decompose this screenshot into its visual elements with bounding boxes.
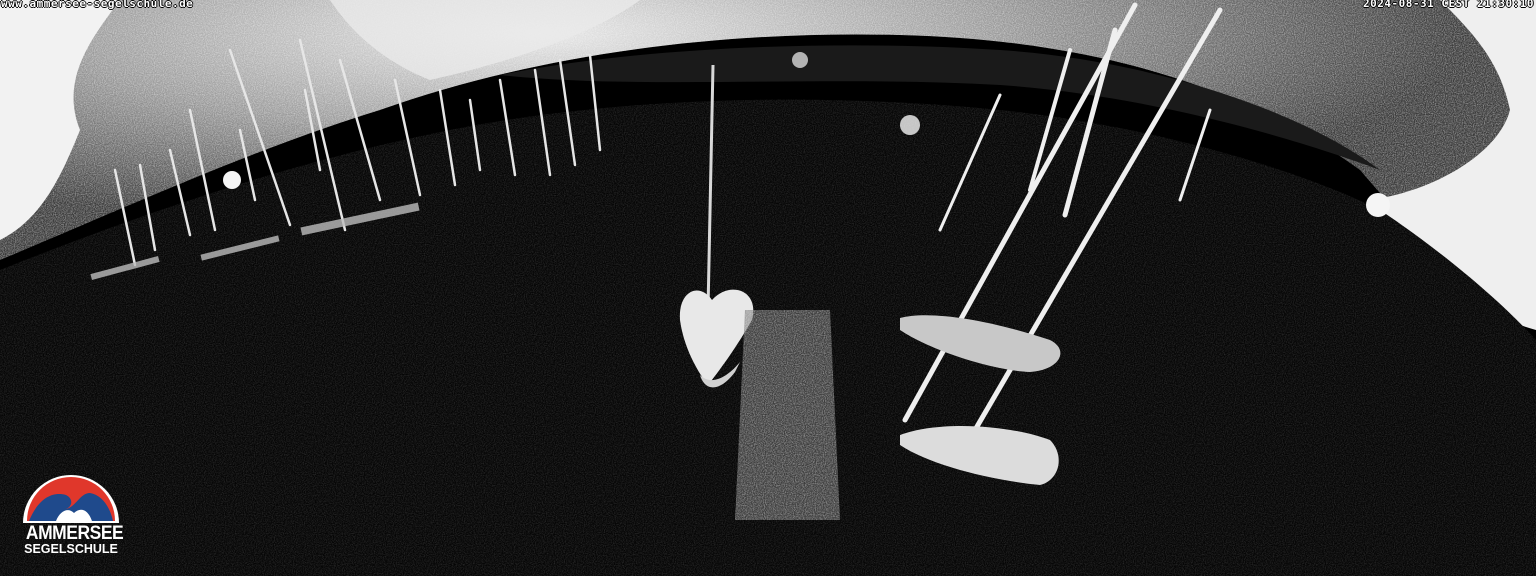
webcam-image [0, 0, 1536, 576]
timestamp-overlay: 2024-08-31 CEST 21:30:10 [1363, 0, 1534, 10]
logo-line1: AMMERSEE [26, 524, 116, 544]
ammersee-segelschule-logo: AMMERSEE SEGELSCHULE [18, 455, 124, 560]
logo-line2: SEGELSCHULE [20, 543, 122, 556]
sun-wave-icon [18, 455, 124, 527]
url-overlay: www.ammersee-segelschule.de [1, 0, 193, 10]
